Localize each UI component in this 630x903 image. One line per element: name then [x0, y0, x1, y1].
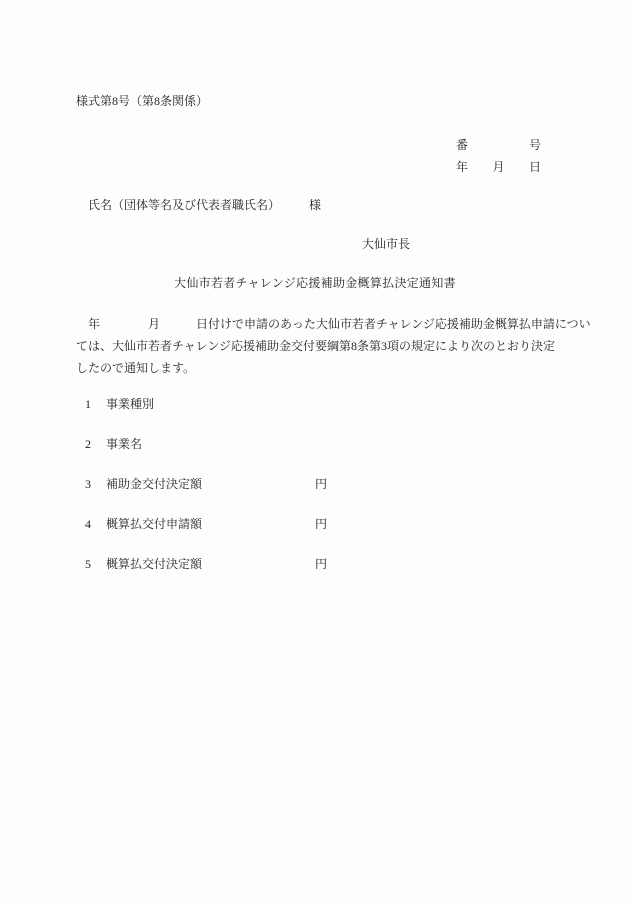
- item-number: 4: [85, 516, 101, 532]
- item-row-grant-decision-amount: 3 補助金交付決定額 円: [76, 476, 558, 492]
- item-row-business-name: 2 事業名: [76, 436, 558, 452]
- item-label: 事業名: [106, 437, 142, 451]
- number-date-block: 番 号 年 月 日: [456, 134, 541, 178]
- addressee-honorific: 様: [309, 198, 321, 212]
- item-row-provisional-payment-decision-amount: 5 概算払交付決定額 円: [76, 556, 558, 572]
- item-label: 概算払交付決定額: [106, 557, 202, 571]
- form-number: 様式第8号（第8条関係）: [76, 93, 208, 109]
- addressee-label: 氏名（団体等名及び代表者職氏名）: [88, 198, 280, 212]
- document-page: 様式第8号（第8条関係） 番 号 年 月 日 氏名（団体等名及び代表者職氏名） …: [0, 0, 630, 903]
- item-number: 1: [85, 396, 101, 412]
- body-paragraph: 年 月 日付けで申請のあった大仙市若者チャレンジ応援補助金概算払申請につい ては…: [76, 313, 568, 379]
- item-number: 3: [85, 476, 101, 492]
- item-unit-yen: 円: [315, 476, 327, 492]
- body-line-3: したので通知します。: [76, 357, 568, 379]
- item-unit-yen: 円: [315, 556, 327, 572]
- date-year-label: 年: [456, 156, 468, 178]
- sender-line: 大仙市長: [362, 236, 410, 252]
- item-number: 2: [85, 436, 101, 452]
- date-day-label: 日: [529, 156, 541, 178]
- body-line-2: ては、大仙市若者チャレンジ応援補助金交付要綱第8条第3項の規定により次のとおり決…: [76, 335, 568, 357]
- addressee-line: 氏名（団体等名及び代表者職氏名） 様: [88, 197, 321, 213]
- number-prefix-label: 番: [456, 134, 468, 156]
- item-label: 補助金交付決定額: [106, 477, 202, 491]
- date-month-label: 月: [492, 156, 504, 178]
- body-line-1: 年 月 日付けで申請のあった大仙市若者チャレンジ応援補助金概算払申請につい: [76, 313, 568, 335]
- document-title: 大仙市若者チャレンジ応援補助金概算払決定通知書: [0, 275, 630, 291]
- item-label: 概算払交付申請額: [106, 517, 202, 531]
- document-date-line: 年 月 日: [456, 156, 541, 178]
- item-unit-yen: 円: [315, 516, 327, 532]
- item-label: 事業種別: [106, 397, 154, 411]
- item-number: 5: [85, 556, 101, 572]
- item-row-provisional-payment-application-amount: 4 概算払交付申請額 円: [76, 516, 558, 532]
- item-row-business-type: 1 事業種別: [76, 396, 558, 412]
- number-suffix-label: 号: [529, 134, 541, 156]
- document-number-line: 番 号: [456, 134, 541, 156]
